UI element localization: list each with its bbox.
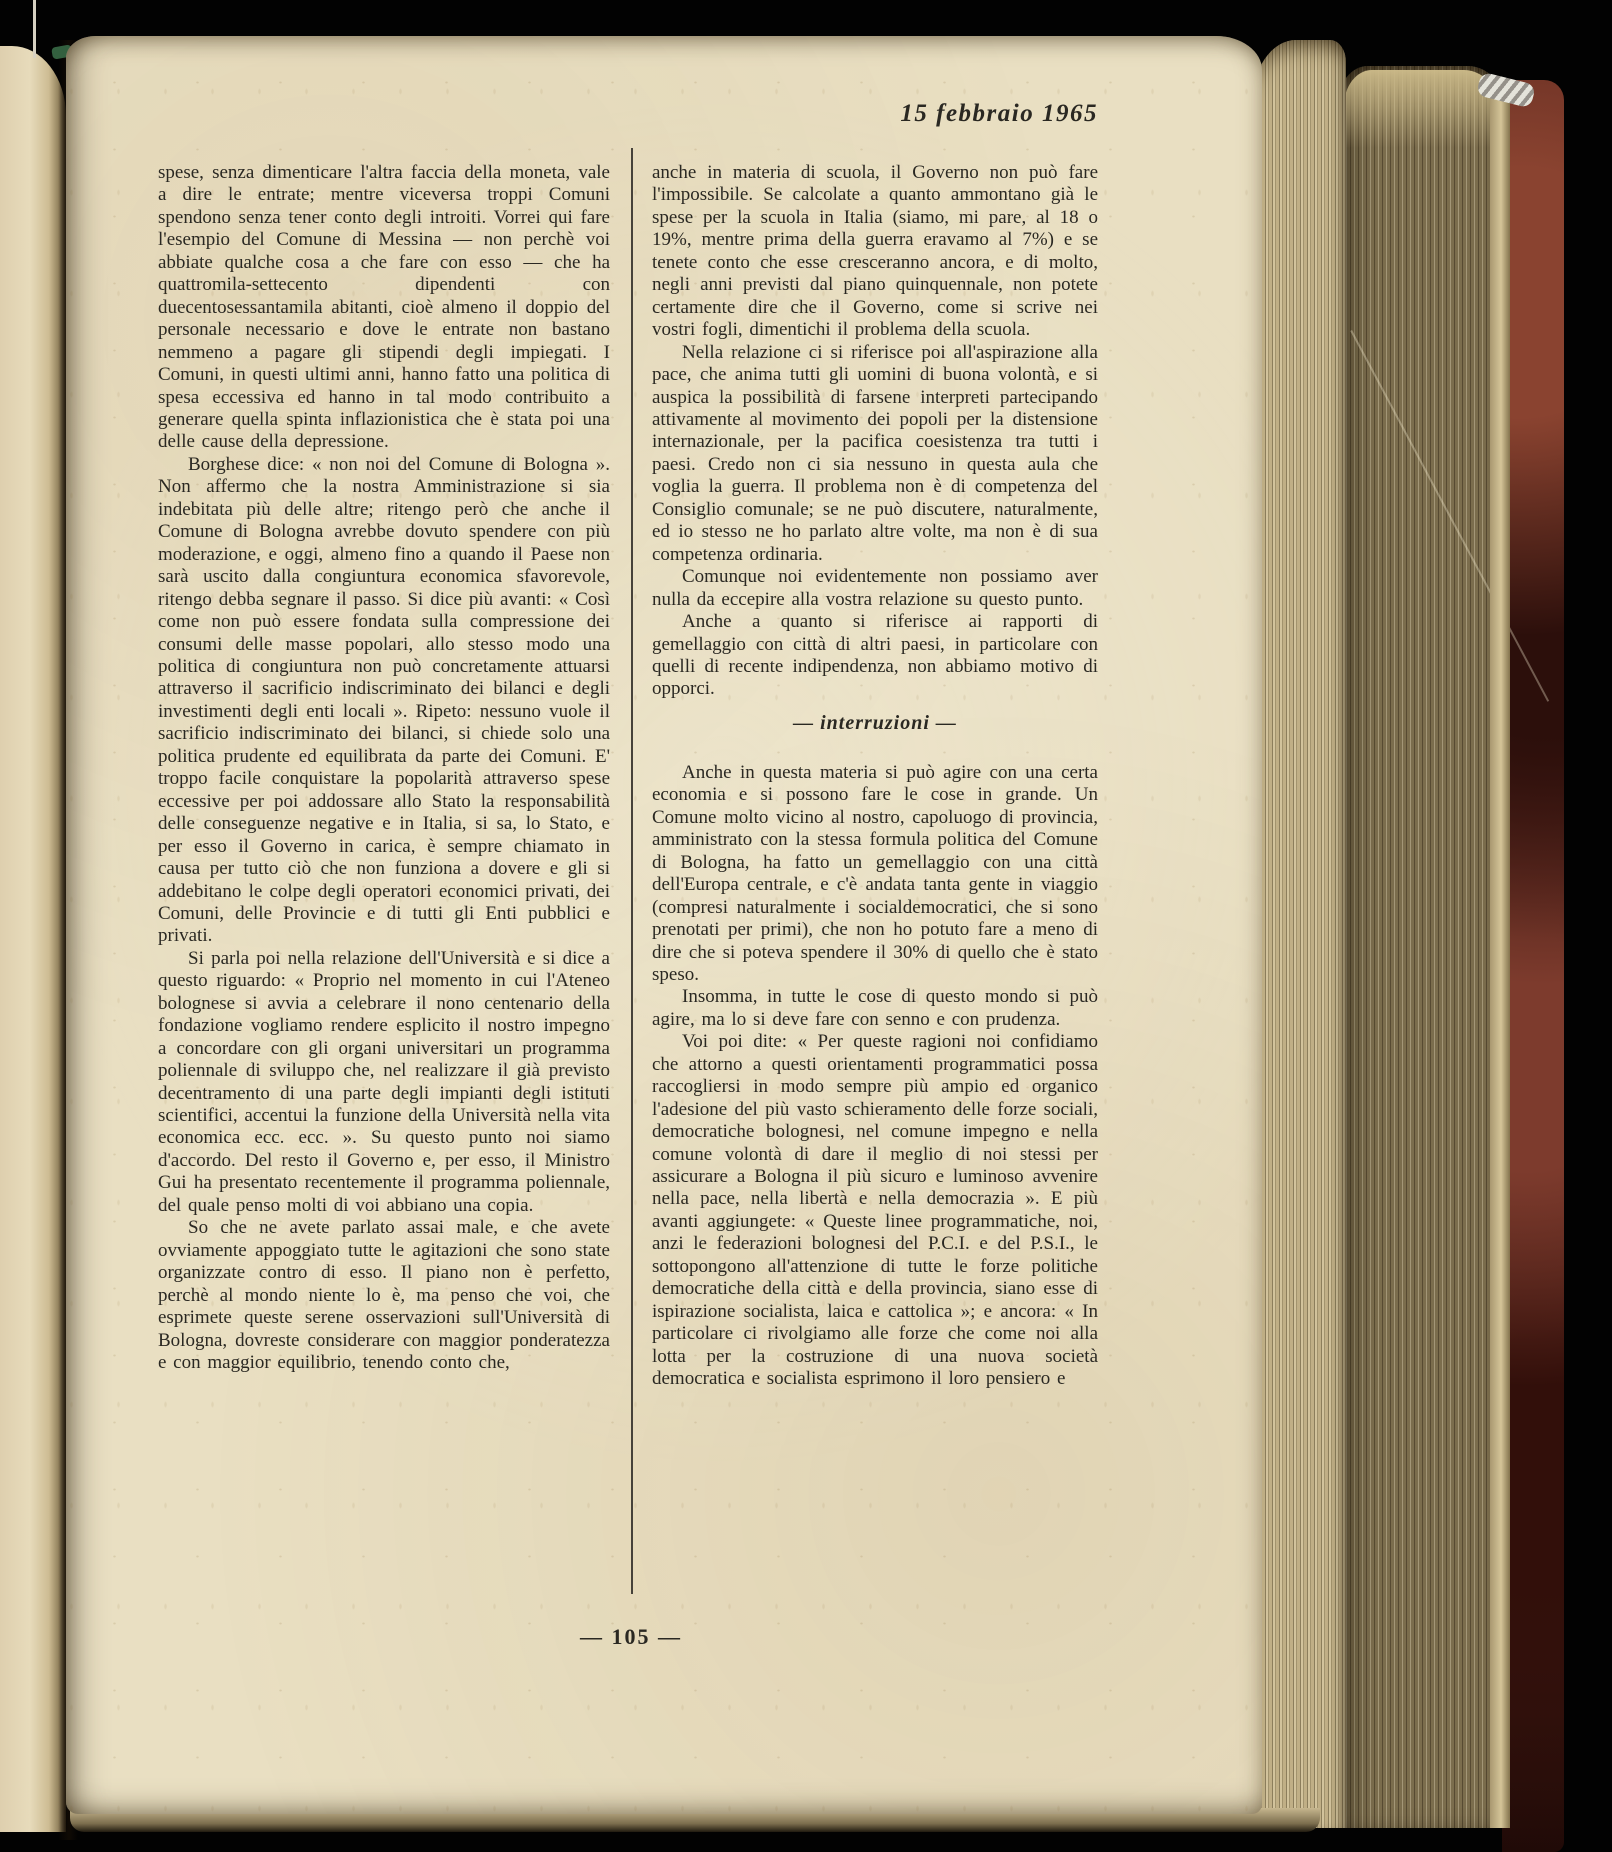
fore-edge-rim <box>1490 88 1510 1828</box>
paragraph: Nella relazione ci si riferisce poi all'… <box>652 342 1098 567</box>
paragraph: Comunque noi evidentemente non possiamo … <box>652 566 1098 611</box>
fore-edge-page-stack-far <box>1338 66 1510 1828</box>
paragraph: anche in materia di scuola, il Governo n… <box>652 162 1098 342</box>
fore-edge-page-stack-near <box>1252 40 1346 1828</box>
bookmark-thread <box>33 0 36 58</box>
right-column: anche in materia di scuola, il Governo n… <box>652 162 1098 1391</box>
scanned-book-photo: 15 febbraio 1965 spese, senza dimenticar… <box>0 0 1612 1852</box>
marbled-cover <box>1502 80 1564 1852</box>
paragraph: spese, senza dimenticare l'altra faccia … <box>158 162 610 454</box>
paragraph: Anche a quanto si riferisce ai rapporti … <box>652 611 1098 701</box>
facing-page-edge <box>0 46 66 1832</box>
paragraph: Voi poi dite: « Per queste ragioni noi c… <box>652 1031 1098 1390</box>
paragraph: Insomma, in tutte le cose di questo mond… <box>652 986 1098 1031</box>
left-column: spese, senza dimenticare l'altra faccia … <box>158 162 610 1374</box>
paragraph: Si parla poi nella relazione dell'Univer… <box>158 948 610 1217</box>
book-page: 15 febbraio 1965 spese, senza dimenticar… <box>66 36 1262 1814</box>
column-divider <box>631 148 633 1594</box>
header-date: 15 febbraio 1965 <box>652 100 1098 128</box>
paragraph: Anche in questa materia si può agire con… <box>652 762 1098 987</box>
paragraph: Borghese dice: « non noi del Comune di B… <box>158 454 610 948</box>
interruzioni-heading: — interruzioni — <box>652 712 1098 735</box>
paragraph: So che ne avete parlato assai male, e ch… <box>158 1217 610 1374</box>
page-number: — 105 — <box>486 1624 776 1650</box>
